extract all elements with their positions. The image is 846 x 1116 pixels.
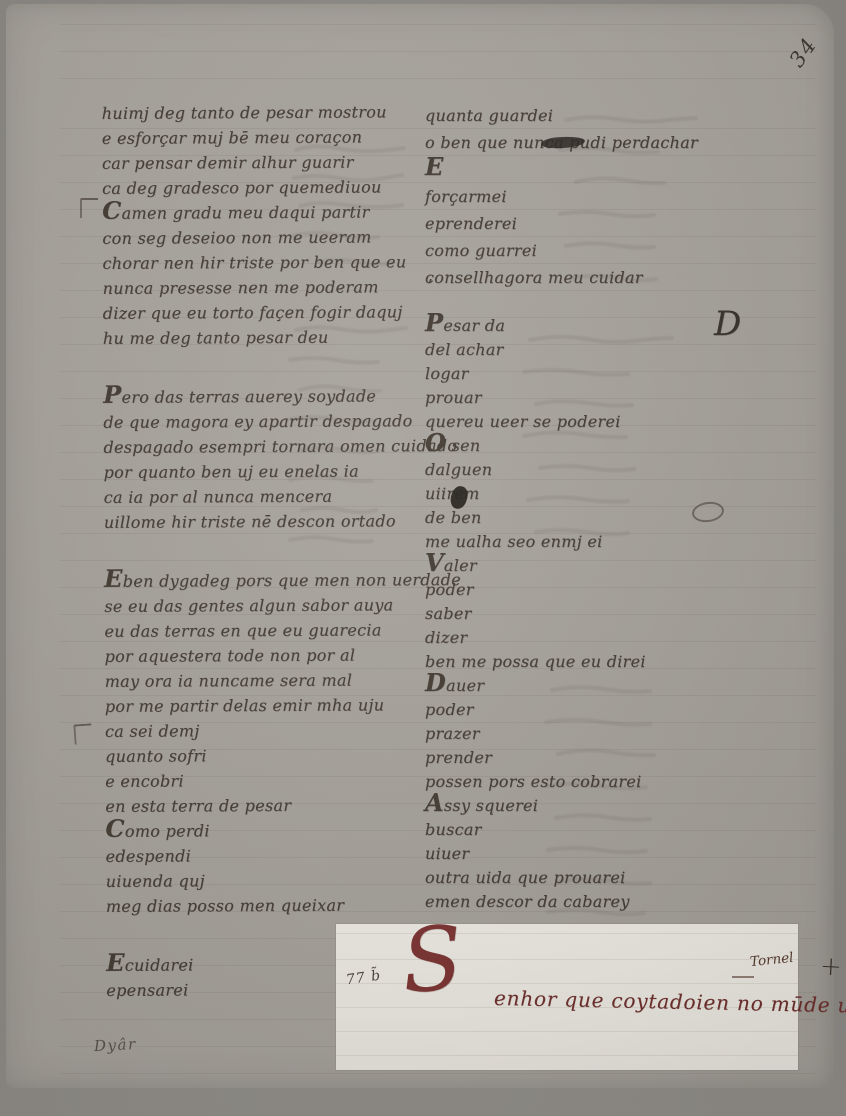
verse-line: como guarrei xyxy=(425,237,755,264)
verse-line: en esta terra de pesar xyxy=(105,792,435,819)
verse-line: uillome hir triste nē descon ortado xyxy=(104,508,434,535)
verse-line: prazer xyxy=(425,722,755,746)
verse-line: saber xyxy=(425,602,755,626)
verse-line: consellhagora meu cuidar xyxy=(425,264,755,291)
verse-line: prender xyxy=(425,746,755,770)
verse-line: forçarmei xyxy=(425,183,755,210)
verse-line: uiuenda quj xyxy=(106,867,436,894)
left-text-column: huimj deg tanto de pesar mostroue esforç… xyxy=(102,99,437,1003)
plus-mark: + xyxy=(819,951,842,982)
verse-line: edespendi xyxy=(106,842,436,869)
verse-line: eu das terras en que eu guarecia xyxy=(104,617,434,644)
verse-line: Assy squerei xyxy=(425,794,755,818)
verse-line: uiuer xyxy=(425,842,755,866)
verse-line: e esforçar muj bē meu coraçon xyxy=(102,124,432,151)
verse-line: possen pors esto cobrarei xyxy=(425,770,755,794)
verse-line: logar xyxy=(425,362,755,386)
verse-line: E xyxy=(425,156,755,183)
manuscript-scan: 34 huimj deg tanto de pesar mostroue esf… xyxy=(0,0,846,1116)
pasted-slip: 77 b̃ S enhor que coytadoien no mūde uiu… xyxy=(336,924,798,1070)
verse-line: meg dias posso men queixar xyxy=(106,892,436,919)
verse-line: may ora ia nuncame sera mal xyxy=(105,667,435,694)
stanza-hook-mark xyxy=(80,198,98,218)
verse-line: nunca presesse nen me poderam xyxy=(103,274,433,301)
verse-line: dizer que eu torto façen fogir daquj xyxy=(103,299,433,326)
verse-line: poder xyxy=(425,578,755,602)
verse-line: Como perdi xyxy=(105,817,435,844)
verse-line: chorar nen hir triste por ben que eu xyxy=(102,249,432,276)
catchword: Dyâr xyxy=(94,1035,138,1055)
verse-line: prouar xyxy=(425,386,755,410)
verse-line: dalguen xyxy=(425,458,755,482)
verse-line: dizer xyxy=(425,626,755,650)
right-text-column-upper: quanta guardeio ben que nunca pudi perda… xyxy=(425,102,755,291)
verse-line: buscar xyxy=(425,818,755,842)
right-text-column-lower: Pesar dadel acharlogarprouarquereu ueer … xyxy=(425,314,755,914)
tornel-underline xyxy=(732,976,754,978)
verse-line: ca deg gradesco por quemediuou xyxy=(102,174,432,201)
verse-line: Valer xyxy=(425,554,755,578)
verse-line: del achar xyxy=(425,338,755,362)
verse-line: Camen gradu meu daqui partir xyxy=(102,199,432,226)
verse-line: poder xyxy=(425,698,755,722)
verse-line: quanto sofri xyxy=(105,742,435,769)
pen-mark: ’ xyxy=(427,276,433,297)
verse-line: outra uida que prouarei xyxy=(425,866,755,890)
marginal-initial-d: D xyxy=(714,304,741,344)
verse-line: Pero das terras auerey soydade xyxy=(103,383,433,410)
verse-line: car pensar demir alhur guarir xyxy=(102,149,432,176)
verse-line: quanta guardei xyxy=(425,102,755,129)
verse-line: emen descor da cabarey xyxy=(425,890,755,914)
verse-line: despagado esempri tornara omen cuidado xyxy=(103,433,433,460)
verse-line: Pesar da xyxy=(425,314,755,338)
verse-line: por quanto ben uj eu enelas ia xyxy=(104,458,434,485)
stanza-hook-mark xyxy=(73,723,92,744)
verse-line: Dauer xyxy=(425,674,755,698)
verse-line: quereu ueer se poderei xyxy=(425,410,755,434)
verse-line: me ualha seo enmj ei xyxy=(425,530,755,554)
verse-line: ca sei demj xyxy=(105,717,435,744)
verse-line: por aquestera tode non por al xyxy=(104,642,434,669)
verse-line: huimj deg tanto de pesar mostrou xyxy=(102,99,432,126)
verse-line: Eben dygadeg pors que men non uerdade xyxy=(104,567,434,594)
verse-line: ben me possa que eu direi xyxy=(425,650,755,674)
verse-line: con seg deseioo non me ueeram xyxy=(102,224,432,251)
verse-line: por me partir delas emir mha uju xyxy=(105,692,435,719)
verse-line: ca ia por al nunca mencera xyxy=(104,483,434,510)
verse-line: eprenderei xyxy=(425,210,755,237)
verse-line: o ben que nunca pudi perdachar xyxy=(425,129,755,156)
rubric-initial-s: S xyxy=(398,906,465,1013)
verse-line: se eu das gentes algun sabor auya xyxy=(104,592,434,619)
verse-line: O sen xyxy=(425,434,755,458)
verse-line: hu me deg tanto pesar deu xyxy=(103,324,433,351)
verse-line: de que magora ey apartir despagado xyxy=(103,408,433,435)
verse-line: e encobri xyxy=(105,767,435,794)
